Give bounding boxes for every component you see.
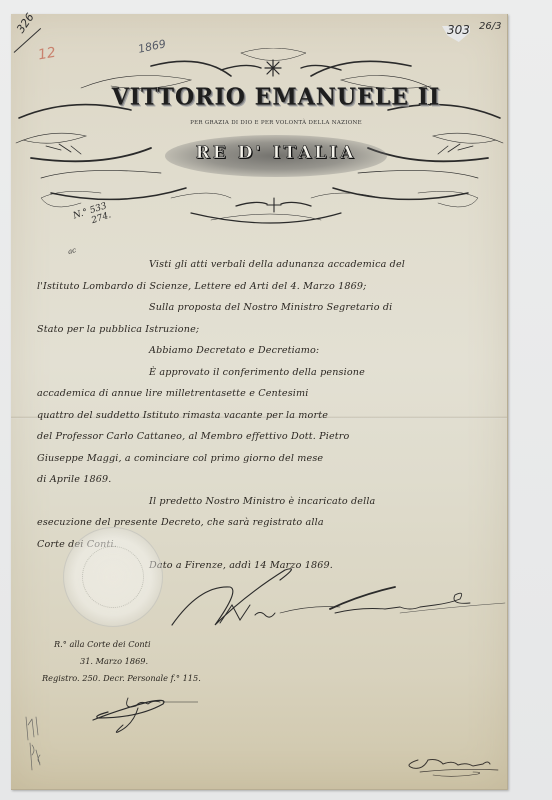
archive-fraction: 26/3 <box>479 21 501 32</box>
body-line: quattro del suddetto Istituto rimasta va… <box>37 405 483 427</box>
decree-body: Visti gli atti verbali della adunanza ac… <box>83 254 483 577</box>
body-line: di Aprile 1869. <box>37 469 483 491</box>
re-ditalia-title: RE D' ITALIA <box>0 143 552 163</box>
king-title: VITTORIO EMANUELE II <box>0 83 552 110</box>
body-line: Stato per la pubblica Istruzione; <box>37 319 483 341</box>
archive-number-303: 303 <box>447 23 470 37</box>
body-line: del Professor Carlo Cattaneo, al Membro … <box>37 426 483 448</box>
registration-line-3: Registro. 250. Decr. Personale f.° 115. <box>42 670 201 687</box>
registration-line-1: R.° alla Corte dei Conti <box>48 636 201 653</box>
body-line: Giuseppe Maggi, a cominciare col primo g… <box>37 448 483 470</box>
king-signature: Vittorio Emanuele <box>160 565 510 635</box>
registrar-signature: Signature (registrar) <box>88 690 198 740</box>
registration-line-2: 31. Marzo 1869. <box>48 653 201 670</box>
body-line: accademica di annue lire milletrentasett… <box>37 383 483 405</box>
king-subtitle: PER GRAZIA DI DIO E PER VOLONTÀ DELLA NA… <box>0 120 552 126</box>
body-line: Visti gli atti verbali della adunanza ac… <box>83 254 483 276</box>
body-line: È approvato il conferimento della pensio… <box>83 362 483 384</box>
minister-signature: Bargoni <box>398 750 508 780</box>
body-line: l'Istituto Lombardo di Scienze, Lettere … <box>37 276 483 298</box>
body-line: Abbiamo Decretato e Decretiamo: <box>83 340 483 362</box>
embossed-seal <box>63 527 163 627</box>
corte-dei-conti-registration: R.° alla Corte dei Conti 31. Marzo 1869.… <box>48 636 201 687</box>
margin-pencil-initials <box>22 715 46 775</box>
seal-inner-ring <box>82 546 144 608</box>
body-line: Il predetto Nostro Ministro è incaricato… <box>83 491 483 513</box>
body-line: Sulla proposta del Nostro Ministro Segre… <box>83 297 483 319</box>
